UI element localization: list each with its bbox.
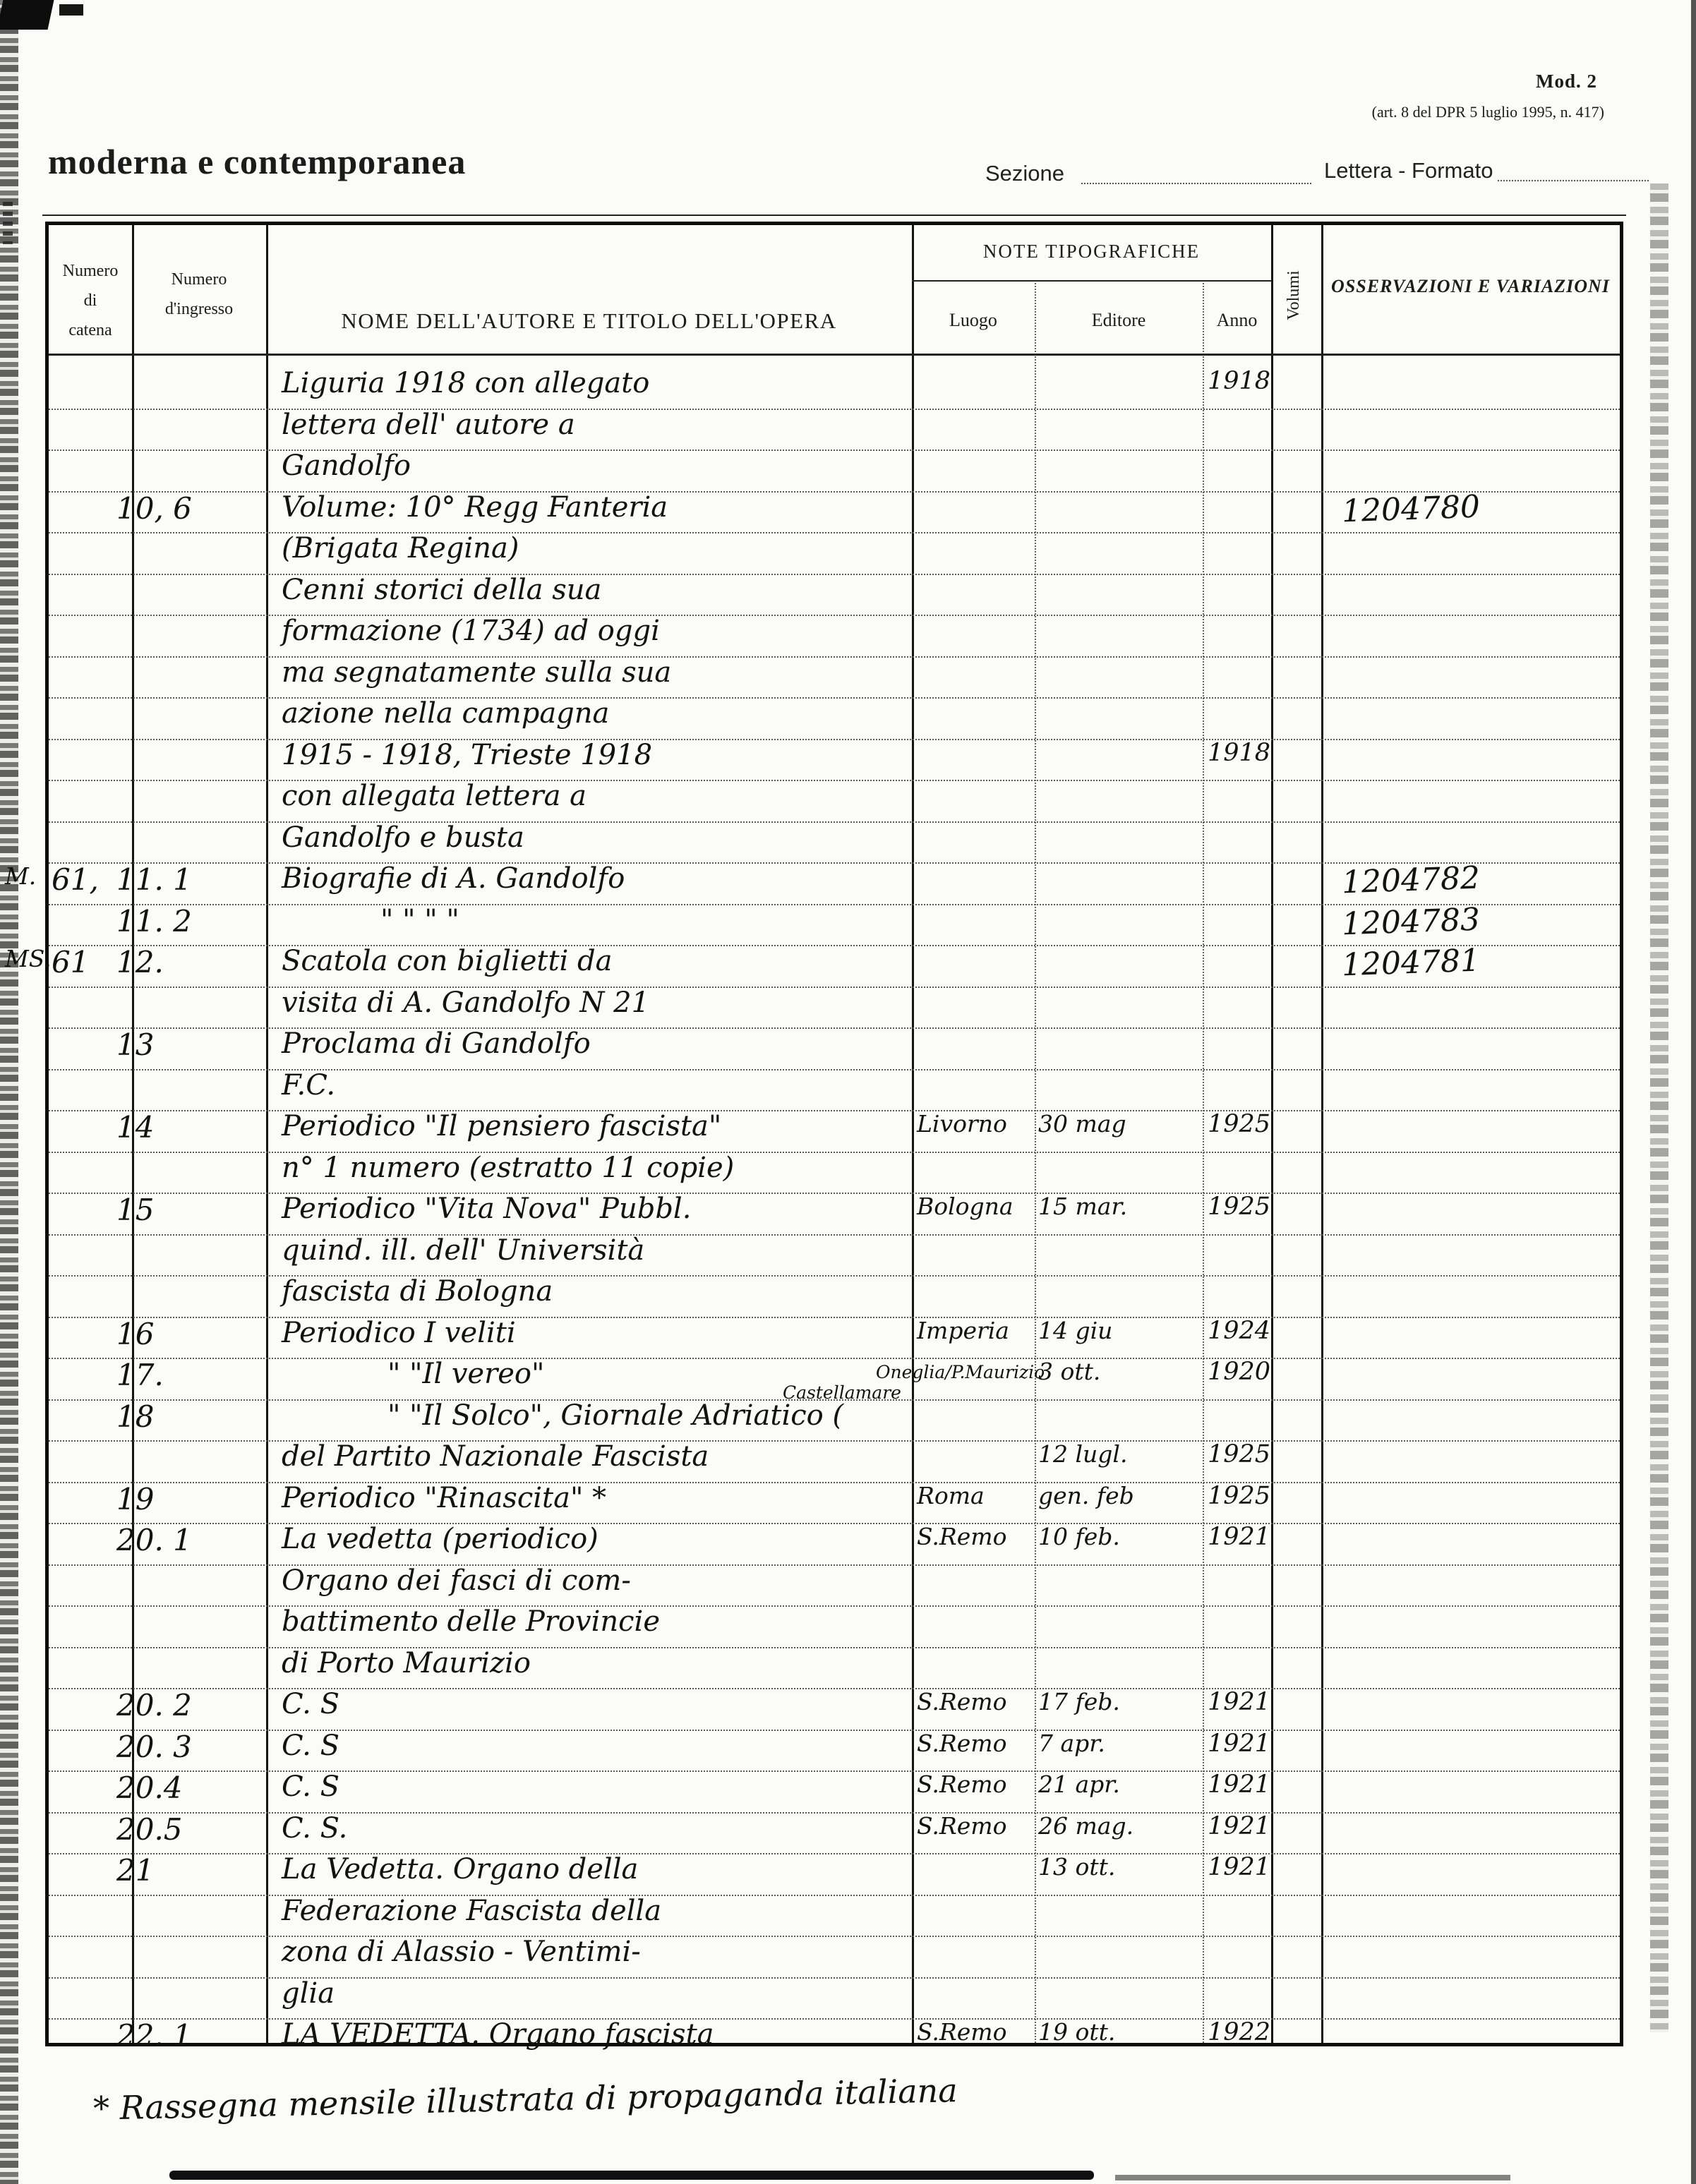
table-row: 16Periodico I velitiImperia14 giu1924 [49,1317,1620,1358]
title-text: Periodico I veliti [282,1317,516,1349]
editore-value: 10 feb. [1038,1523,1120,1550]
scan-noise-corner [0,0,54,30]
table-row: M.61,11. 1Biografie di A. Gandolfo120478… [49,862,1620,903]
scanned-register-page: Mod. 2 (art. 8 del DPR 5 luglio 1995, n.… [0,0,1696,2184]
header-luogo: Luogo [912,310,1035,331]
table-row: 20.5C. S.S.Remo26 mag.1921 [49,1812,1620,1853]
editore-value: 14 giu [1038,1317,1112,1344]
anno-value: 1921 [1208,1688,1270,1716]
editore-value: 12 lugl. [1038,1440,1127,1468]
anno-value: 1925 [1208,1482,1270,1510]
scan-noise-right-edge [1650,183,1668,2032]
table-row: MS.6112.Scatola con biglietti da1204781 [49,945,1620,986]
title-text: Scatola con biglietti da [282,945,613,977]
header-bottom-line [49,354,1620,356]
header-nome-autore-titolo: NOME DELL'AUTORE E TITOLO DELL'OPERA [266,308,912,334]
scan-noise-left-edge [0,0,18,2184]
table-row: fascista di Bologna [49,1275,1620,1316]
title-text: Proclama di Gandolfo [282,1027,591,1060]
table-row: lettera dell' autore a [49,409,1620,450]
catena-number: 61 [52,945,89,979]
lettera-formato-blank-line [1498,179,1649,181]
mod-label: Mod. 2 [1536,71,1597,92]
header-volumi: Volumi [1285,268,1304,322]
title-text: con allegata lettera a [282,780,587,812]
title-text: (Brigata Regina) [282,532,519,565]
luogo-value: Oneglia/P.Maurizio [876,1362,1045,1382]
title-text: Federazione Fascista della [282,1895,661,1927]
table-row: 20. 2C. SS.Remo17 feb.1921 [49,1688,1620,1729]
table-row: Federazione Fascista della [49,1895,1620,1936]
ingresso-number: 14 [116,1110,154,1145]
editore-value: 21 apr. [1038,1770,1120,1798]
ingresso-number: 10, 6 [116,491,192,526]
title-text: Gandolfo [282,450,411,482]
ingresso-number: 13 [116,1027,154,1062]
title-text: LA VEDETTA. Organo fascista [282,2018,714,2051]
title-text: Liguria 1918 con allegato [282,367,649,399]
table-row: azione nella campagna [49,697,1620,738]
anno-value: 1922 [1208,2018,1270,2046]
table-row: 14Periodico "Il pensiero fascista"Livorn… [49,1110,1620,1151]
table-row: 20. 1La vedetta (periodico)S.Remo10 feb.… [49,1523,1620,1564]
title-text: Periodico "Rinascita" * [282,1482,606,1514]
table-row: battimento delle Provincie [49,1605,1620,1646]
anno-value: 1918 [1208,739,1270,767]
osservazioni-value: 1204782 [1341,860,1481,901]
ingresso-number: 21 [116,1853,154,1888]
table-row: 11. 2" " " "1204783 [49,904,1620,945]
scan-noise-bottom [169,2171,1094,2180]
table-row: 19Periodico "Rinascita" *Romagen. feb192… [49,1482,1620,1523]
table-row: 10, 6Volume: 10° Regg Fanteria1204780 [49,491,1620,532]
table-row: 20. 3C. SS.Remo7 apr.1921 [49,1730,1620,1770]
catena-number: 61, [52,862,99,897]
table-row: 20.4C. SS.Remo21 apr.1921 [49,1770,1620,1811]
luogo-value: S.Remo [917,1523,1006,1550]
editore-value: gen. feb [1038,1482,1134,1509]
title-text: zona di Alassio - Ventimi- [282,1936,641,1968]
scan-noise-marks [3,202,13,244]
anno-value: 1921 [1208,1523,1270,1551]
anno-value: 1925 [1208,1193,1270,1221]
anno-value: 1924 [1208,1317,1270,1345]
title-text: F.C. [282,1069,335,1102]
table-row: n° 1 numero (estratto 11 copie) [49,1152,1620,1193]
scan-noise-corner [59,4,83,16]
luogo-value: S.Remo [917,1770,1006,1798]
anno-value: 1921 [1208,1730,1270,1758]
table-row: 1915 - 1918, Trieste 19181918 [49,739,1620,780]
luogo-value: Imperia [917,1317,1009,1344]
inserted-note: Castellamare [783,1382,901,1403]
title-text: Periodico "Vita Nova" Pubbl. [282,1193,691,1225]
editore-value: 13 ott. [1038,1853,1115,1881]
table-row: visita di A. Gandolfo N 21 [49,987,1620,1027]
table-row: del Partito Nazionale Fascista12 lugl.19… [49,1440,1620,1481]
title-text: del Partito Nazionale Fascista [282,1440,709,1473]
margin-note: M. [5,862,36,890]
anno-value: 1921 [1208,1853,1270,1881]
luogo-value: S.Remo [917,1730,1006,1757]
title-text: ma segnatamente sulla sua [282,656,671,689]
title-text: C. S [282,1770,339,1803]
note-subheader-line [912,280,1271,282]
title-text: Periodico "Il pensiero fascista" [282,1110,721,1142]
ingresso-number: 17. [116,1358,164,1392]
title-text: fascista di Bologna [282,1275,553,1308]
anno-value: 1921 [1208,1812,1270,1840]
osservazioni-value: 1204783 [1341,901,1481,942]
table-row: Gandolfo [49,450,1620,490]
table-row: (Brigata Regina) [49,532,1620,573]
luogo-value: S.Remo [917,1688,1006,1715]
table-row: zona di Alassio - Ventimi- [49,1936,1620,1977]
table-row: 13Proclama di Gandolfo [49,1027,1620,1068]
header-note-tipografiche: NOTE TIPOGRAFICHE [912,241,1271,263]
title-text: Volume: 10° Regg Fanteria [282,491,668,524]
ingresso-number: 20.5 [116,1812,183,1847]
ingresso-number: 15 [116,1193,154,1227]
header-anno: Anno [1203,310,1271,331]
table-row: Gandolfo e busta [49,821,1620,862]
ingresso-number: 20. 3 [116,1730,192,1764]
ingresso-number: 22. 1 [116,2018,192,2053]
title-text: visita di A. Gandolfo N 21 [282,987,649,1019]
title-text: La Vedetta. Organo della [282,1853,638,1886]
table-row: 22. 1LA VEDETTA. Organo fascistaS.Remo19… [49,2018,1620,2059]
editore-value: 17 feb. [1038,1688,1120,1715]
table-row: quind. ill. dell' Università [49,1234,1620,1275]
table-row: 18" "Il Solco", Giornale Adriatico (Cast… [49,1399,1620,1440]
editore-value: 3 ott. [1038,1358,1100,1385]
title-text: formazione (1734) ad oggi [282,615,660,647]
page-title: moderna e contemporanea [48,141,466,182]
art-reference: (art. 8 del DPR 5 luglio 1995, n. 417) [1372,103,1604,121]
title-text: di Porto Maurizio [282,1647,531,1679]
ingresso-number: 16 [116,1317,154,1351]
title-text: C. S [282,1688,339,1720]
header-osservazioni-variazioni: OSSERVAZIONI E VARIAZIONI [1321,276,1620,297]
title-text: La vedetta (periodico) [282,1523,599,1555]
editore-value: 26 mag. [1038,1812,1133,1840]
title-text: Gandolfo e busta [282,821,524,854]
table-row: F.C. [49,1069,1620,1110]
header-numero-ingresso: Numero d'ingresso [132,265,266,324]
title-text: Cenni storici della sua [282,574,601,606]
ingresso-number: 19 [116,1482,154,1516]
ingresso-number: 20. 2 [116,1688,192,1723]
header-editore: Editore [1035,310,1203,331]
header-numero-catena: Numero di catena [49,256,132,345]
table-row: Liguria 1918 con allegato1918 [49,367,1620,408]
sezione-label: Sezione [985,161,1064,186]
luogo-value: S.Remo [917,1812,1006,1840]
table-row: Cenni storici della sua [49,574,1620,615]
footnote-annotation: * Rassegna mensile illustrata di propaga… [93,2071,958,2128]
osservazioni-value: 1204781 [1341,943,1481,984]
ingresso-number: 20.4 [116,1770,183,1805]
anno-value: 1925 [1208,1110,1270,1138]
title-text: " " " " [380,904,459,936]
title-text: lettera dell' autore a [282,409,575,441]
ingresso-number: 12. [116,945,164,979]
table-row: formazione (1734) ad oggi [49,615,1620,656]
table-row: con allegata lettera a [49,780,1620,821]
title-text: n° 1 numero (estratto 11 copie) [282,1152,734,1184]
luogo-value: S.Remo [917,2018,1006,2046]
anno-value: 1921 [1208,1770,1270,1799]
ingresso-number: 11. 1 [116,862,192,897]
editore-value: 15 mar. [1038,1193,1127,1220]
editore-value: 30 mag [1038,1110,1126,1138]
osservazioni-value: 1204780 [1341,488,1481,529]
table-row: Organo dei fasci di com- [49,1564,1620,1605]
title-text: Organo dei fasci di com- [282,1564,631,1597]
title-text: " "Il vereo" [387,1358,544,1390]
editore-value: 7 apr. [1038,1730,1105,1757]
luogo-value: Bologna [917,1193,1014,1220]
title-text: Biografie di A. Gandolfo [282,862,625,895]
table-row: glia [49,1977,1620,2018]
margin-note: MS. [5,945,52,972]
title-text: battimento delle Provincie [282,1605,660,1638]
title-text: quind. ill. dell' Università [282,1234,644,1267]
title-text: C. S. [282,1812,347,1845]
title-text: glia [282,1977,335,2010]
title-text: C. S [282,1730,339,1762]
anno-value: 1925 [1208,1440,1270,1468]
register-table: Numero di catena Numero d'ingresso NOME … [45,222,1623,2046]
page-rule [42,215,1626,216]
anno-value: 1918 [1208,367,1270,395]
luogo-value: Roma [917,1482,985,1509]
luogo-value: Livorno [917,1110,1007,1138]
sezione-blank-line [1081,182,1311,184]
table-row: 21La Vedetta. Organo della13 ott.1921 [49,1853,1620,1894]
ingresso-number: 18 [116,1399,154,1434]
lettera-formato-label: Lettera - Formato [1324,158,1493,183]
editore-value: 19 ott. [1038,2018,1115,2046]
scan-noise-right-line [1691,0,1696,2184]
ingresso-number: 20. 1 [116,1523,192,1557]
table-row: 15Periodico "Vita Nova" Pubbl.Bologna15 … [49,1193,1620,1233]
ingresso-number: 11. 2 [116,904,192,939]
table-row: ma segnatamente sulla sua [49,656,1620,697]
title-text: " "Il Solco", Giornale Adriatico ( [387,1399,843,1432]
anno-value: 1920 [1208,1358,1270,1386]
scan-noise-bottom [1115,2175,1510,2180]
title-text: azione nella campagna [282,697,609,730]
title-text: 1915 - 1918, Trieste 1918 [282,739,652,771]
table-row: di Porto Maurizio [49,1647,1620,1688]
